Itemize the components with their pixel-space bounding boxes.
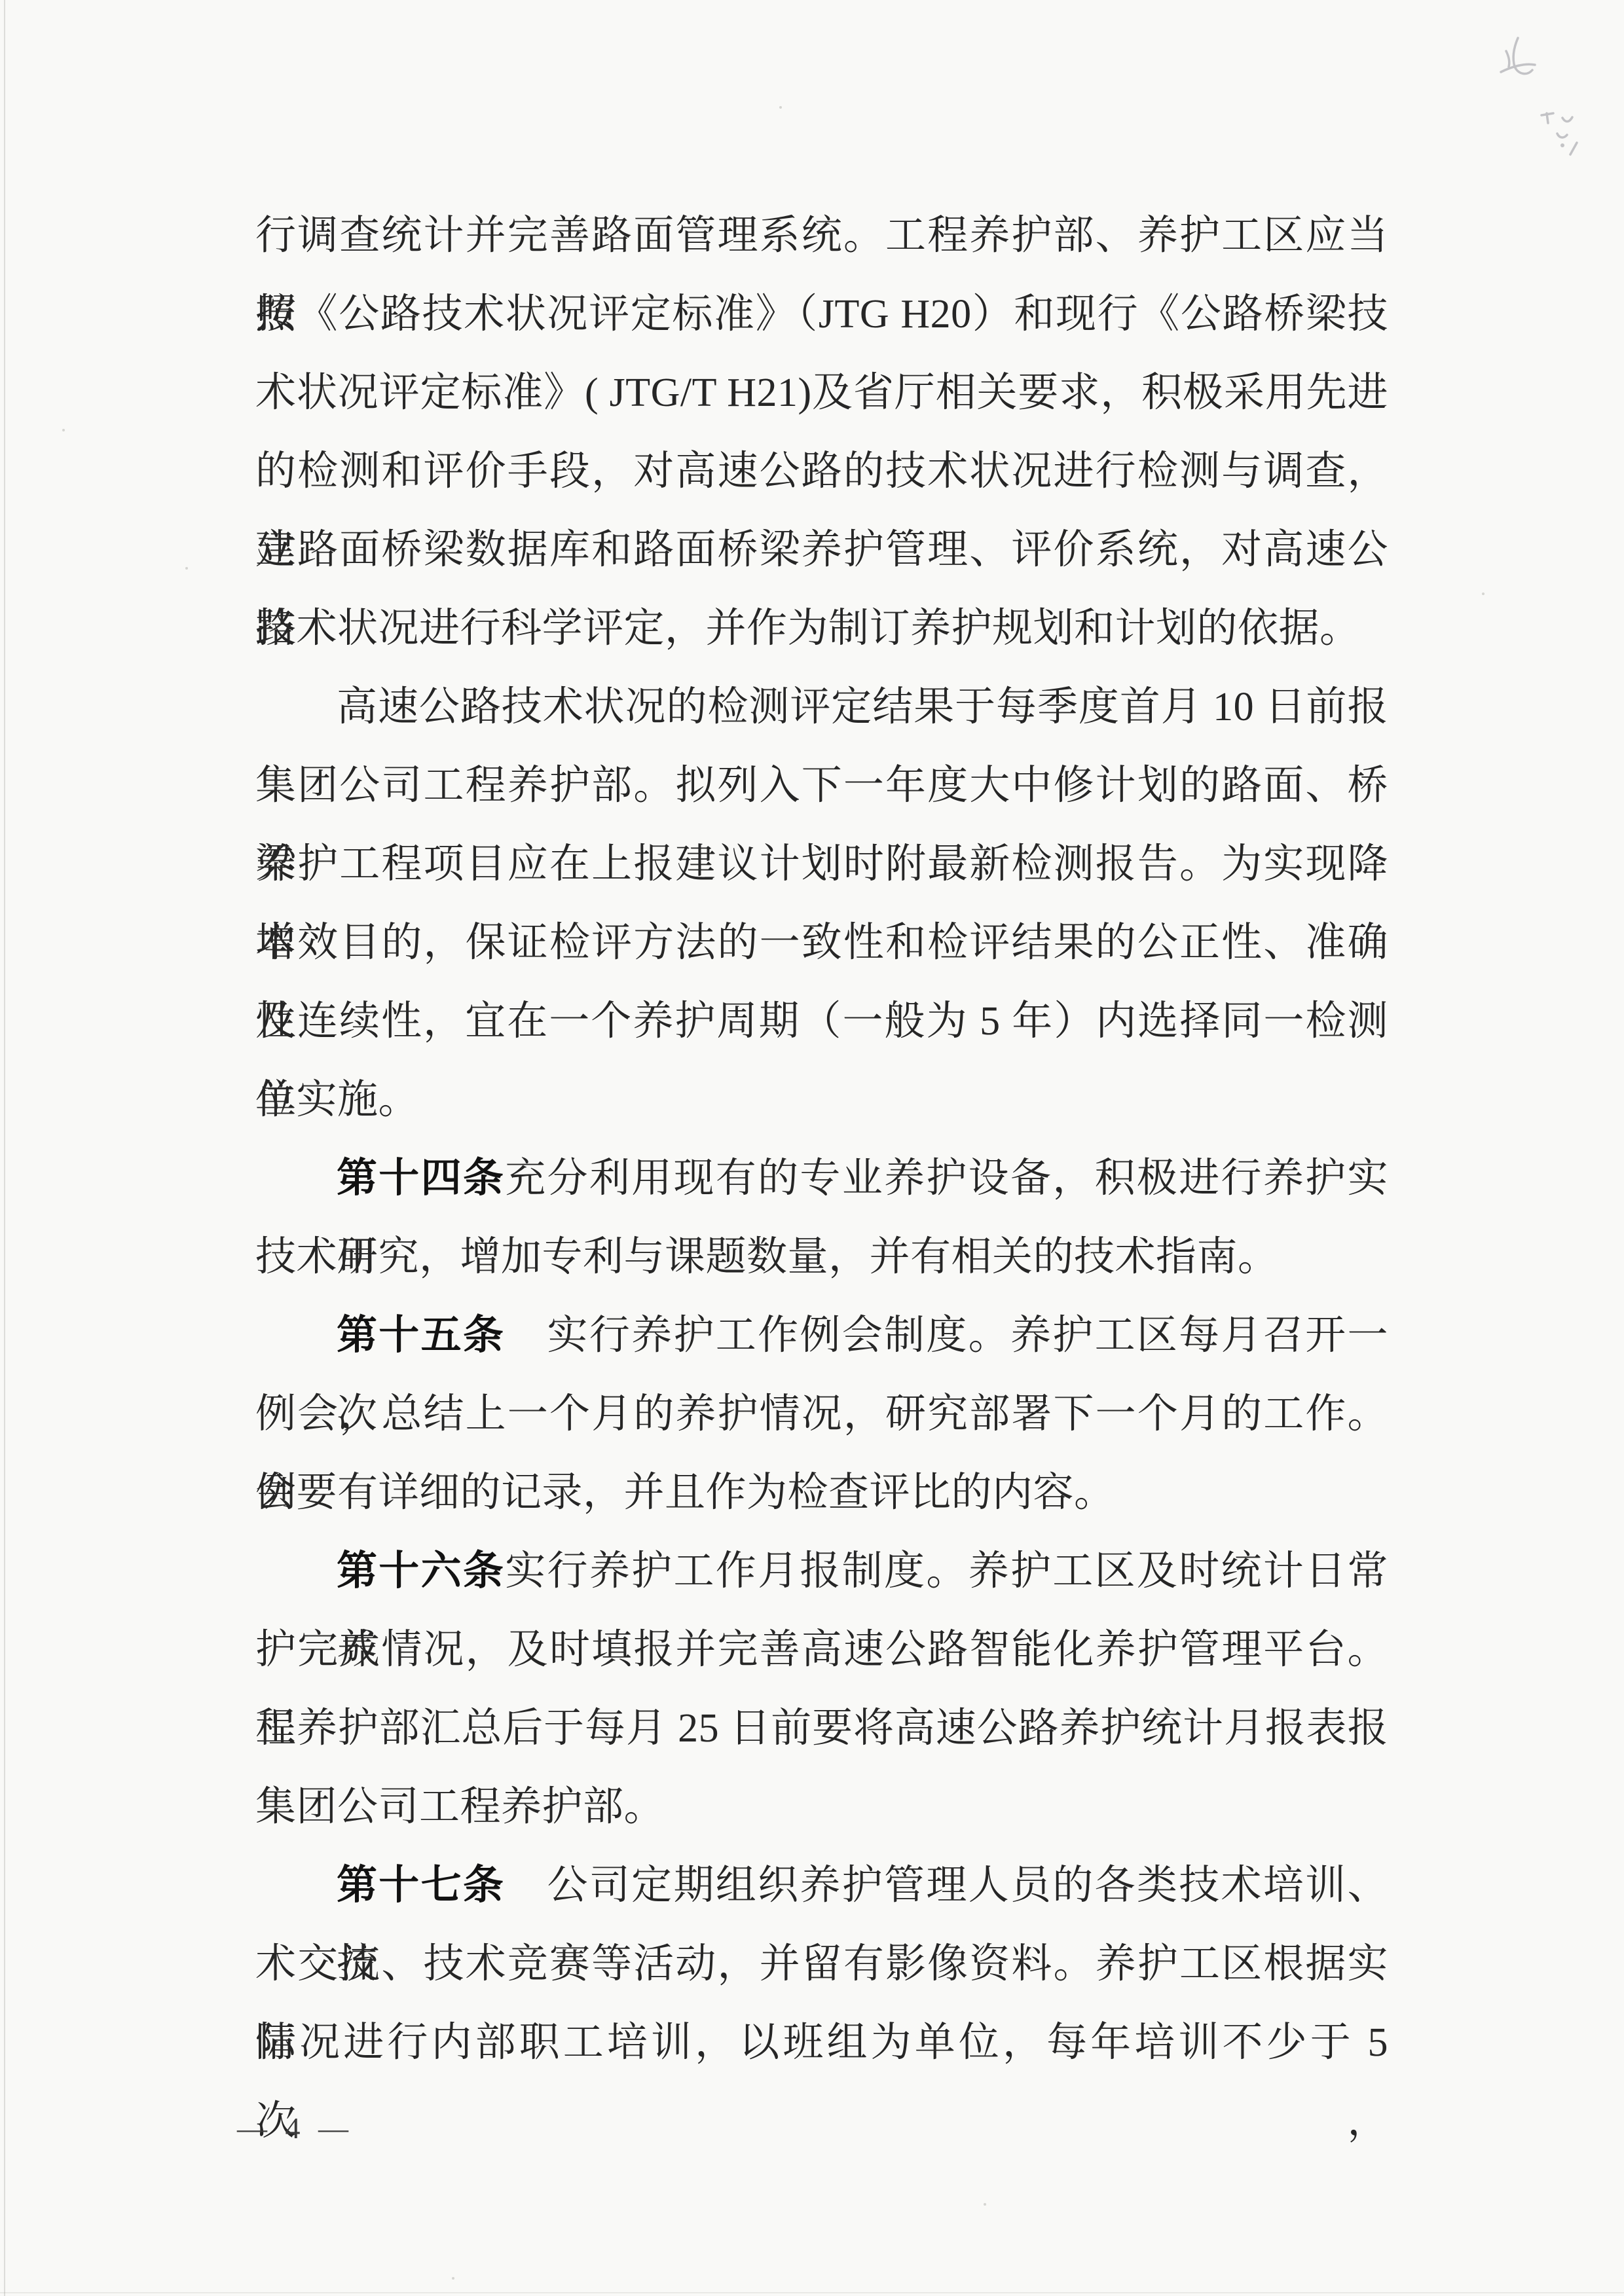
line-text: 照《公路技术状况评定标准》（JTG H20）和现行《公路桥梁技 xyxy=(255,292,1388,337)
text-line: 的检测和评价手段，对高速公路的技术状况进行检测与调查，建 xyxy=(255,432,1388,511)
text-line: 技术状况进行科学评定，并作为制订养护规划和计划的依据。 xyxy=(255,589,1388,668)
text-line: 位实施。 xyxy=(255,1061,1388,1139)
scan-speck xyxy=(452,2277,454,2280)
text-line: 术交流、技术竞赛等活动，并留有影像资料。养护工区根据实际 xyxy=(255,1925,1388,2003)
line-text: 技术状况进行科学评定，并作为制订养护规划和计划的依据。 xyxy=(255,606,1361,651)
scan-speck xyxy=(984,2203,986,2206)
text-line: 例会，总结上一个月的养护情况，研究部署下一个月的工作。例 xyxy=(255,1375,1388,1453)
line-text: 集团公司工程养护部。 xyxy=(255,1785,665,1829)
line-text: 位实施。 xyxy=(255,1078,419,1122)
line-text: 高速公路技术状况的检测评定结果于每季度首月 10 日前报 xyxy=(337,685,1388,729)
article-number-label: 第十五条 xyxy=(337,1313,505,1358)
scan-speck xyxy=(1482,592,1485,595)
article-number-label: 第十六条 xyxy=(337,1549,505,1594)
text-line: 程养护部汇总后于每月 25 日前要将高速公路养护统计月报表报 xyxy=(255,1689,1388,1768)
scan-edge-artifact xyxy=(4,0,5,2296)
page-number: — 4 — xyxy=(237,2099,354,2158)
article-number-label: 第十四条 xyxy=(337,1156,505,1201)
text-line: 行调查统计并完善路面管理系统。工程养护部、养护工区应当按 xyxy=(255,196,1388,275)
pen-scribble-icon xyxy=(1494,34,1540,88)
line-text: 情况进行内部职工培训，以班组为单位，每年培训不少于 5 次， xyxy=(255,2020,1388,2143)
scan-speck xyxy=(185,567,188,570)
scan-speck xyxy=(779,106,782,109)
scan-speck xyxy=(62,429,65,431)
text-line: 高速公路技术状况的检测评定结果于每季度首月 10 日前报 xyxy=(255,668,1388,746)
scan-edge-artifact-bottom xyxy=(0,2292,1624,2293)
line-text: 会要有详细的记录，并且作为检查评比的内容。 xyxy=(255,1470,1115,1515)
text-line: 第十七条 公司定期组织养护管理人员的各类技术培训、技 xyxy=(255,1846,1388,1925)
text-line: 集团公司工程养护部。 xyxy=(255,1768,1388,1846)
document-body: 行调查统计并完善路面管理系统。工程养护部、养护工区应当按 照《公路技术状况评定标… xyxy=(255,196,1388,2082)
text-line: 养护工程项目应在上报建议计划时附最新检测报告。为实现降本 xyxy=(255,825,1388,903)
text-line: 情况进行内部职工培训，以班组为单位，每年培训不少于 5 次， xyxy=(255,2003,1388,2082)
text-line: 集团公司工程养护部。拟列入下一年度大中修计划的路面、桥梁 xyxy=(255,746,1388,825)
pen-scribble-icon xyxy=(1538,103,1586,160)
text-line: 会要有详细的记录，并且作为检查评比的内容。 xyxy=(255,1453,1388,1532)
text-line: 及连续性，宜在一个养护周期（一般为 5 年）内选择同一检测单 xyxy=(255,982,1388,1061)
text-line: 技术研究，增加专利与课题数量，并有相关的技术指南。 xyxy=(255,1218,1388,1296)
text-line: 增效目的，保证检评方法的一致性和检评结果的公正性、准确性 xyxy=(255,903,1388,982)
line-text: 术状况评定标准》( JTG/T H21)及省厅相关要求，积极采用先进 xyxy=(255,371,1388,415)
line-text: 程养护部汇总后于每月 25 日前要将高速公路养护统计月报表报 xyxy=(255,1706,1388,1751)
text-line: 第十六条实行养护工作月报制度。养护工区及时统计日常养 xyxy=(255,1532,1388,1611)
text-line: 术状况评定标准》( JTG/T H21)及省厅相关要求，积极采用先进 xyxy=(255,354,1388,432)
text-line: 护完成情况，及时填报并完善高速公路智能化养护管理平台。工 xyxy=(255,1611,1388,1689)
text-line: 立路面桥梁数据库和路面桥梁养护管理、评价系统，对高速公路 xyxy=(255,511,1388,589)
text-line: 第十四条充分利用现有的专业养护设备，积极进行养护实用 xyxy=(255,1139,1388,1218)
scanned-document-page: 行调查统计并完善路面管理系统。工程养护部、养护工区应当按 照《公路技术状况评定标… xyxy=(0,0,1624,2296)
text-line: 第十五条 实行养护工作例会制度。养护工区每月召开一次 xyxy=(255,1296,1388,1375)
line-text: 技术研究，增加专利与课题数量，并有相关的技术指南。 xyxy=(255,1235,1279,1279)
text-line: 照《公路技术状况评定标准》（JTG H20）和现行《公路桥梁技 xyxy=(255,275,1388,354)
article-number-label: 第十七条 xyxy=(337,1863,505,1908)
